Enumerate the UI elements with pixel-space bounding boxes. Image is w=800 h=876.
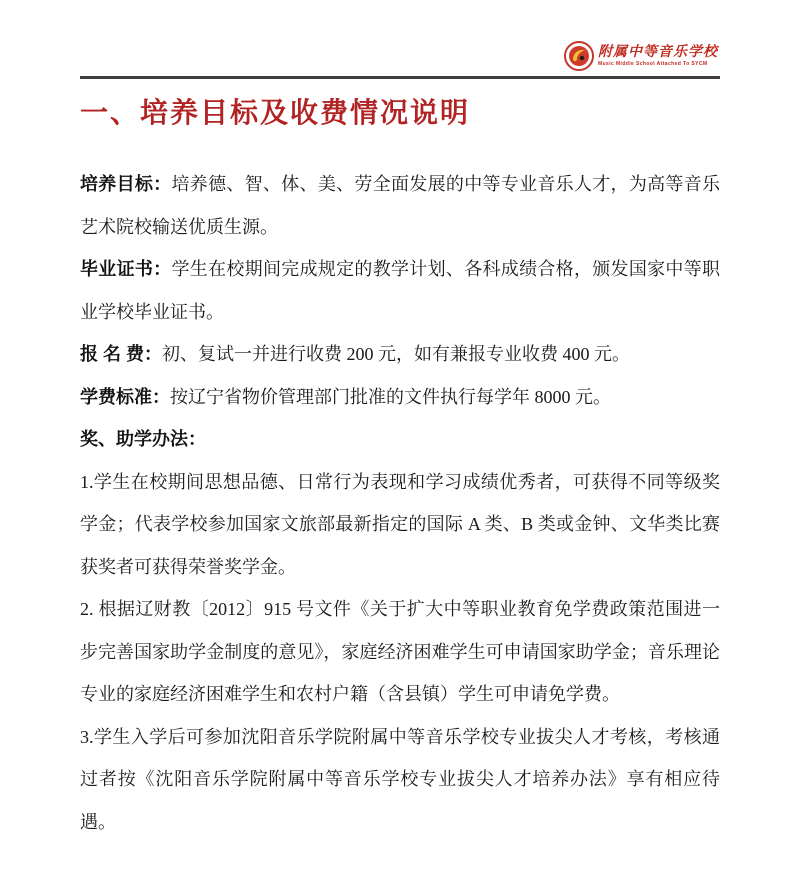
school-emblem-icon [564, 41, 594, 71]
school-name-en: Music Middle School Attached To SYCM [598, 62, 718, 67]
paragraph-label: 学费标准： [80, 387, 170, 407]
paragraph-text: 2. 根据辽财教〔2012〕915 号文件《关于扩大中等职业教育免学费政策范围进… [80, 599, 720, 704]
paragraph: 毕业证书：学生在校期间完成规定的教学计划、各科成绩合格，颁发国家中等职业学校毕业… [80, 248, 720, 333]
school-logo: 附属中等音乐学校 Music Middle School Attached To… [564, 41, 718, 71]
paragraph-label: 培养目标： [80, 174, 171, 194]
document-page: 附属中等音乐学校 Music Middle School Attached To… [0, 0, 800, 876]
paragraph-label: 奖、助学办法： [80, 429, 206, 449]
school-logo-text: 附属中等音乐学校 Music Middle School Attached To… [598, 46, 718, 67]
paragraph-text: 初、复试一并进行收费 200 元，如有兼报专业收费 400 元。 [162, 344, 630, 364]
school-name-zh: 附属中等音乐学校 [598, 46, 718, 60]
header-rule [80, 76, 720, 79]
paragraph-text: 1.学生在校期间思想品德、日常行为表现和学习成绩优秀者，可获得不同等级奖学金；代… [80, 472, 720, 577]
body-paragraphs: 培养目标：培养德、智、体、美、劳全面发展的中等专业音乐人才，为高等音乐艺术院校输… [80, 163, 720, 843]
page-header: 附属中等音乐学校 Music Middle School Attached To… [0, 0, 800, 78]
paragraph: 3.学生入学后可参加沈阳音乐学院附属中等音乐学校专业拔尖人才考核，考核通过者按《… [80, 716, 720, 844]
paragraph-text: 3.学生入学后可参加沈阳音乐学院附属中等音乐学校专业拔尖人才考核，考核通过者按《… [80, 727, 720, 832]
paragraph-label: 毕业证书： [80, 259, 171, 279]
paragraph-text: 学生在校期间完成规定的教学计划、各科成绩合格，颁发国家中等职业学校毕业证书。 [80, 259, 720, 322]
paragraph: 奖、助学办法： [80, 418, 720, 461]
paragraph: 学费标准：按辽宁省物价管理部门批准的文件执行每学年 8000 元。 [80, 376, 720, 419]
paragraph: 报 名 费：初、复试一并进行收费 200 元，如有兼报专业收费 400 元。 [80, 333, 720, 376]
paragraph-text: 培养德、智、体、美、劳全面发展的中等专业音乐人才，为高等音乐艺术院校输送优质生源… [80, 174, 720, 237]
section-title: 一、培养目标及收费情况说明 [80, 95, 720, 133]
paragraph: 2. 根据辽财教〔2012〕915 号文件《关于扩大中等职业教育免学费政策范围进… [80, 588, 720, 716]
paragraph: 1.学生在校期间思想品德、日常行为表现和学习成绩优秀者，可获得不同等级奖学金；代… [80, 461, 720, 589]
paragraph-text: 按辽宁省物价管理部门批准的文件执行每学年 8000 元。 [170, 387, 611, 407]
paragraph: 培养目标：培养德、智、体、美、劳全面发展的中等专业音乐人才，为高等音乐艺术院校输… [80, 163, 720, 248]
paragraph-label: 报 名 费： [80, 344, 162, 364]
